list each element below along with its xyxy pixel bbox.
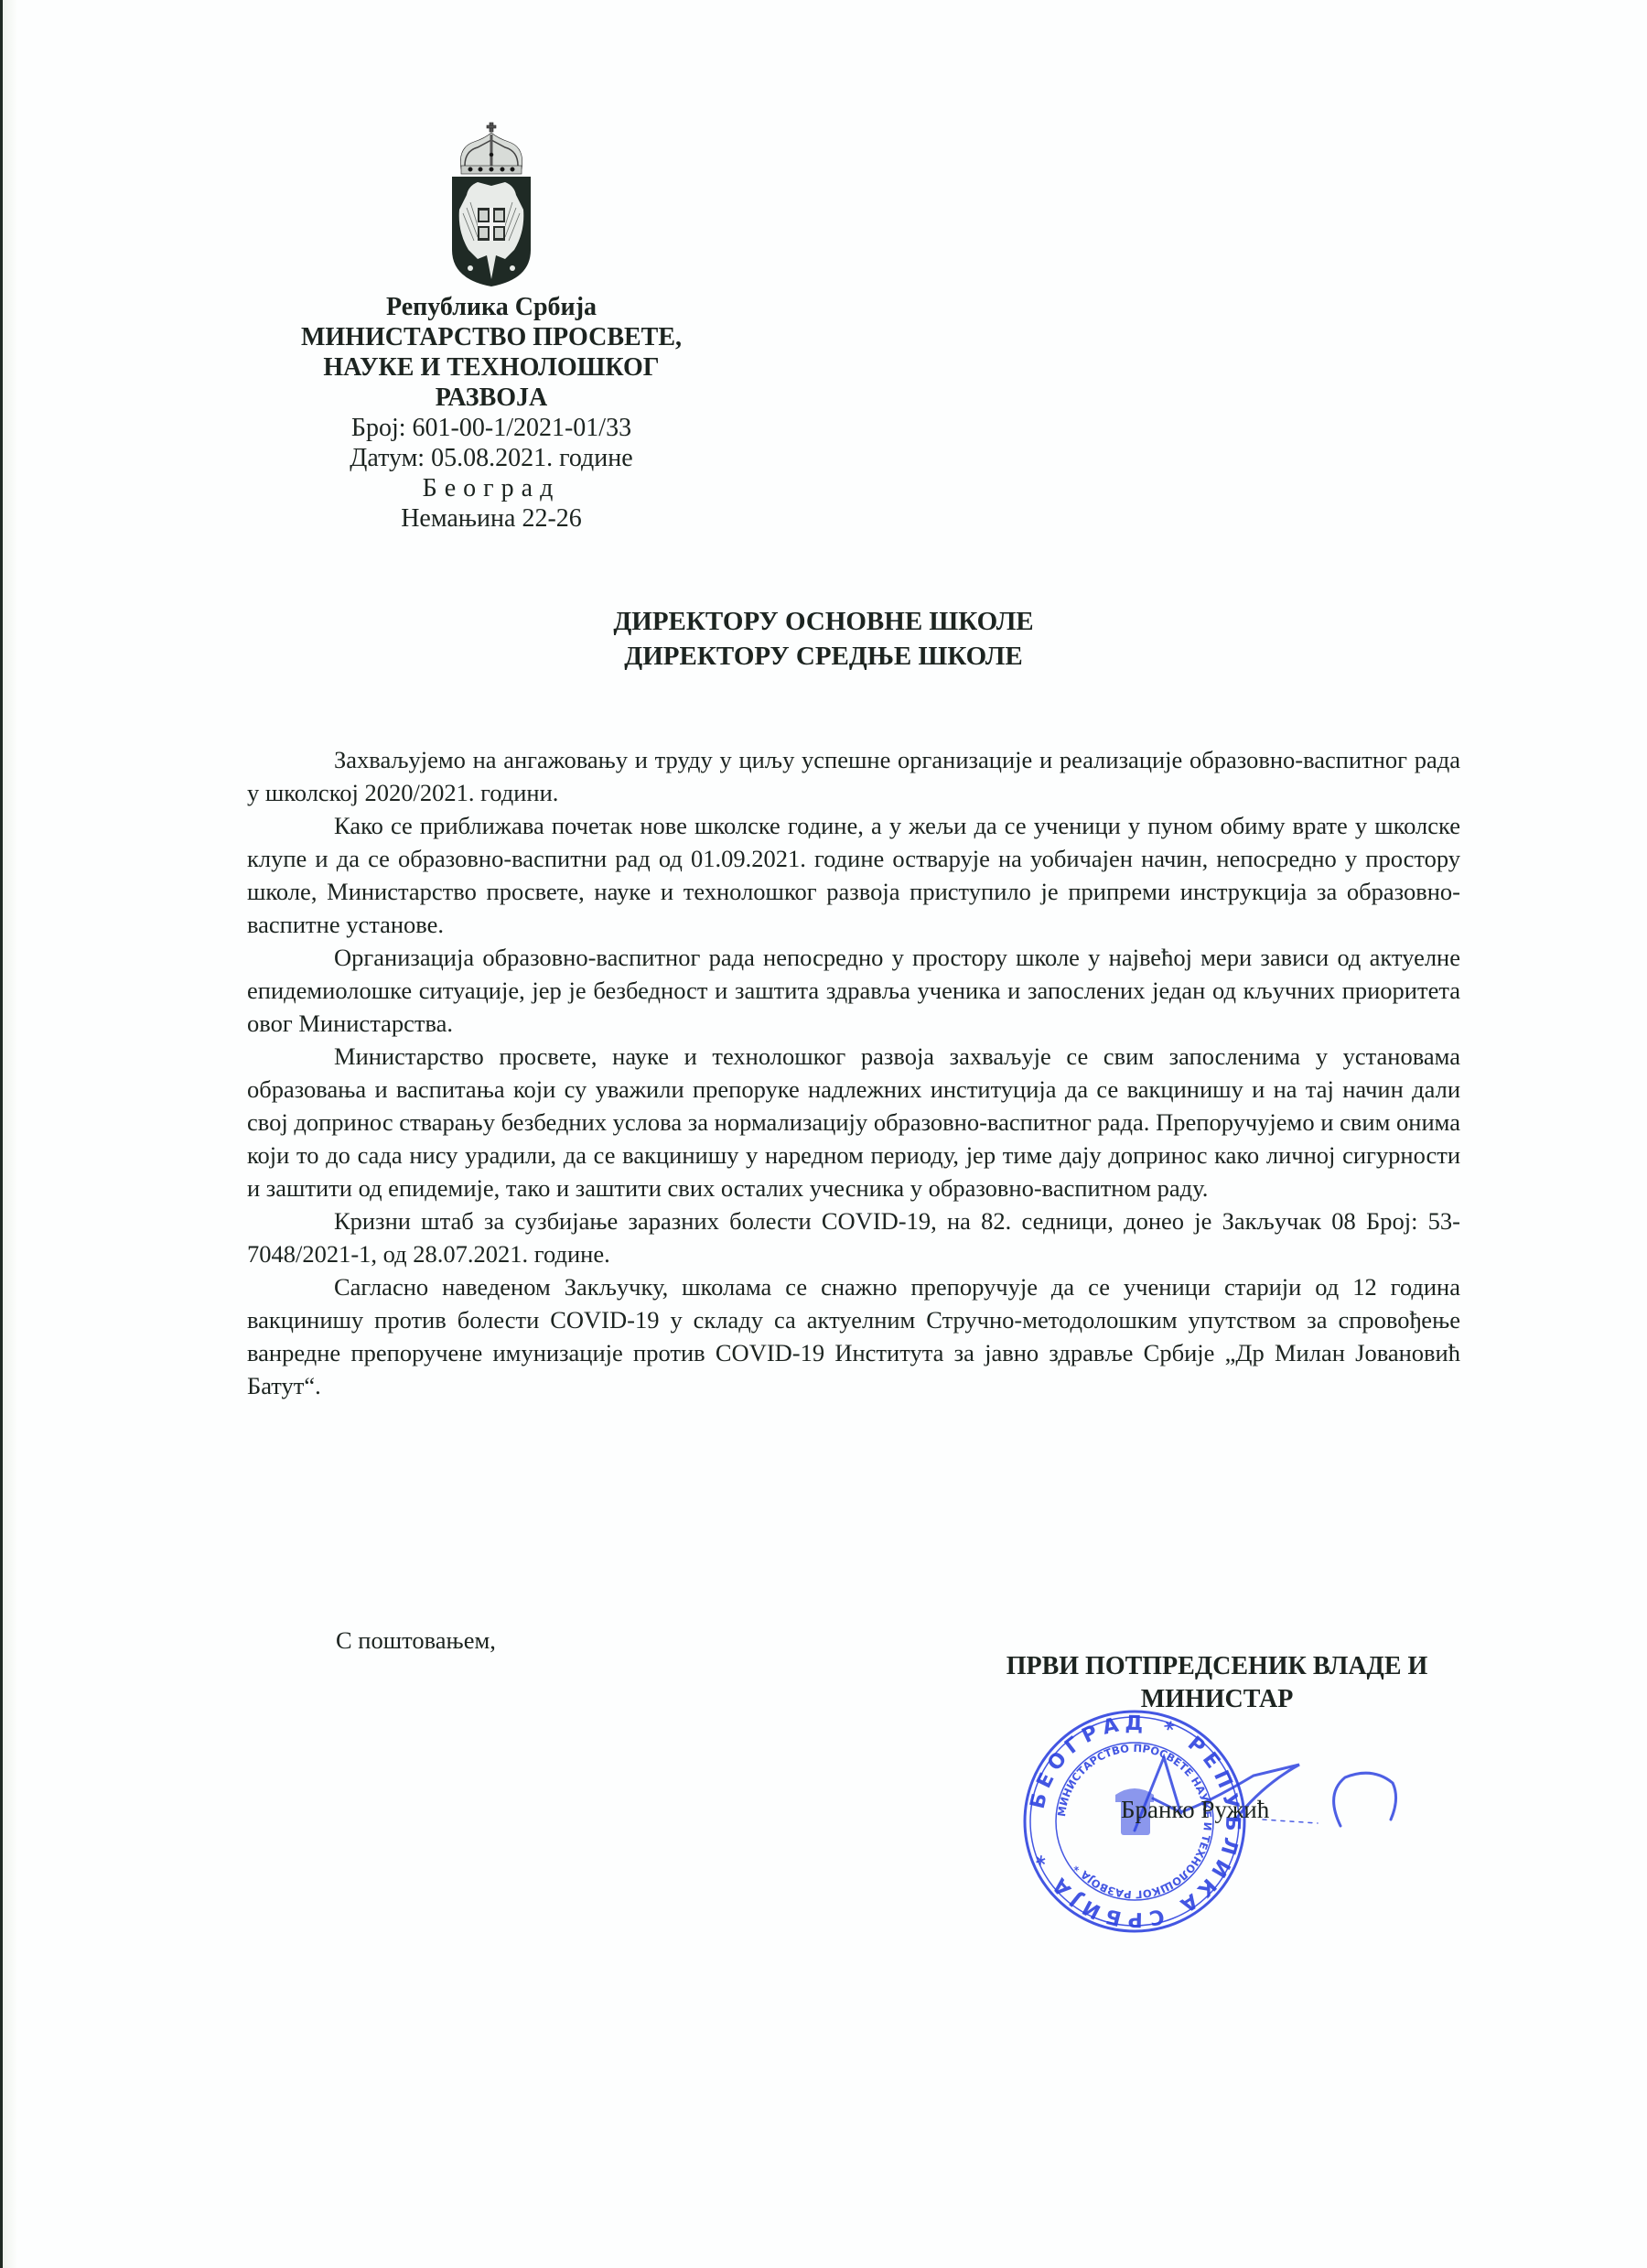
letter-body: Захваљујемо на ангажовању и труду у циљу… <box>247 743 1460 1402</box>
closing-salutation: С поштовањем, <box>336 1624 496 1657</box>
paragraph: Организација образовно-васпитног рада не… <box>247 941 1460 1040</box>
letterhead: Република Србија МИНИСТАРСТВО ПРОСВЕТЕ, … <box>263 122 720 534</box>
address: Немањина 22-26 <box>263 503 720 534</box>
country-name: Република Србија <box>263 292 720 322</box>
ministry-name-line-2: НАУКЕ И ТЕХНОЛОШКОГ <box>263 352 720 383</box>
document-number: Број: 601-00-1/2021-01/33 <box>263 413 720 443</box>
signatory-title: ПРВИ ПОТПРЕДСЕНИК ВЛАДЕ И МИНИСТАР <box>933 1650 1501 1716</box>
paragraph: Кризни штаб за сузбијање заразних болест… <box>247 1204 1460 1270</box>
ministry-name-line-1: МИНИСТАРСТВО ПРОСВЕТЕ, <box>263 322 720 352</box>
city: Београд <box>263 473 720 503</box>
recipient-primary-school: ДИРЕКТОРУ ОСНОВНЕ ШКОЛЕ <box>457 604 1189 639</box>
paragraph: Министарство просвете, науке и технолошк… <box>247 1040 1460 1204</box>
paragraph: Како се приближава почетак нове школске … <box>247 809 1460 941</box>
paragraph: Захваљујемо на ангажовању и труду у циљу… <box>247 743 1460 809</box>
serbian-coat-of-arms-icon <box>450 122 533 288</box>
document-date: Датум: 05.08.2021. године <box>263 443 720 473</box>
recipient-secondary-school: ДИРЕКТОРУ СРЕДЊЕ ШКОЛЕ <box>457 639 1189 674</box>
paragraph: Сагласно наведеном Закључку, школама се … <box>247 1270 1460 1402</box>
signatory-name: Бранко Ружић <box>1121 1794 1269 1825</box>
recipients-block: ДИРЕКТОРУ ОСНОВНЕ ШКОЛЕ ДИРЕКТОРУ СРЕДЊЕ… <box>457 604 1189 674</box>
ministry-name-line-3: РАЗВОЈА <box>263 383 720 413</box>
scan-shadow <box>3 0 17 2268</box>
signatory-title-line-2: МИНИСТАР <box>933 1683 1501 1716</box>
signatory-title-line-1: ПРВИ ПОТПРЕДСЕНИК ВЛАДЕ И <box>933 1650 1501 1683</box>
